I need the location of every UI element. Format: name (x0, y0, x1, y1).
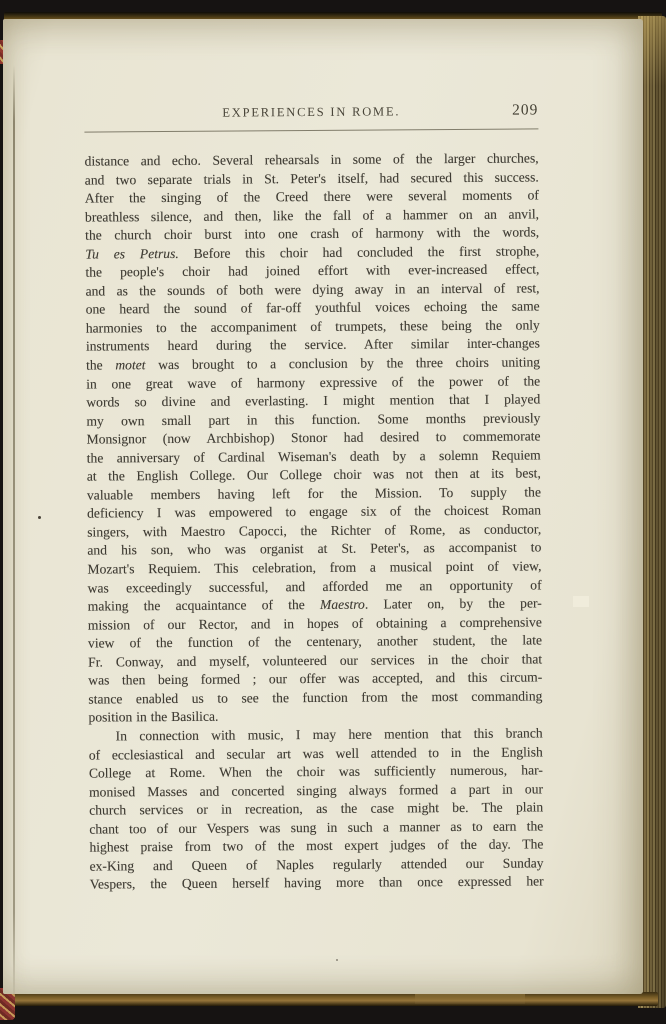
text-line: Vespers, the Queen herself having more t… (90, 873, 544, 895)
page-content: EXPERIENCES IN ROME. 209 distance and ec… (84, 103, 543, 894)
bottom-edge-highlight (415, 993, 525, 1004)
book-bottom-edge (4, 992, 658, 1006)
scan-speck (336, 959, 338, 961)
scan-artifact (573, 596, 589, 607)
header-rule (84, 128, 538, 132)
text-line: In connection with music, I may here men… (89, 724, 543, 746)
book-photo: EXPERIENCES IN ROME. 209 distance and ec… (0, 0, 666, 1024)
text-line: stance enabled us to see the function fr… (88, 687, 542, 709)
body-text: distance and echo. Several rehearsals in… (85, 149, 544, 894)
scan-speck (38, 516, 41, 519)
book-page: EXPERIENCES IN ROME. 209 distance and ec… (3, 19, 643, 994)
running-title: EXPERIENCES IN ROME. (84, 103, 538, 121)
page-header: EXPERIENCES IN ROME. 209 (84, 103, 538, 123)
page-gutter-line (13, 65, 15, 1007)
text-line: distance and echo. Several rehearsals in… (85, 149, 539, 171)
page-number: 209 (512, 101, 538, 119)
